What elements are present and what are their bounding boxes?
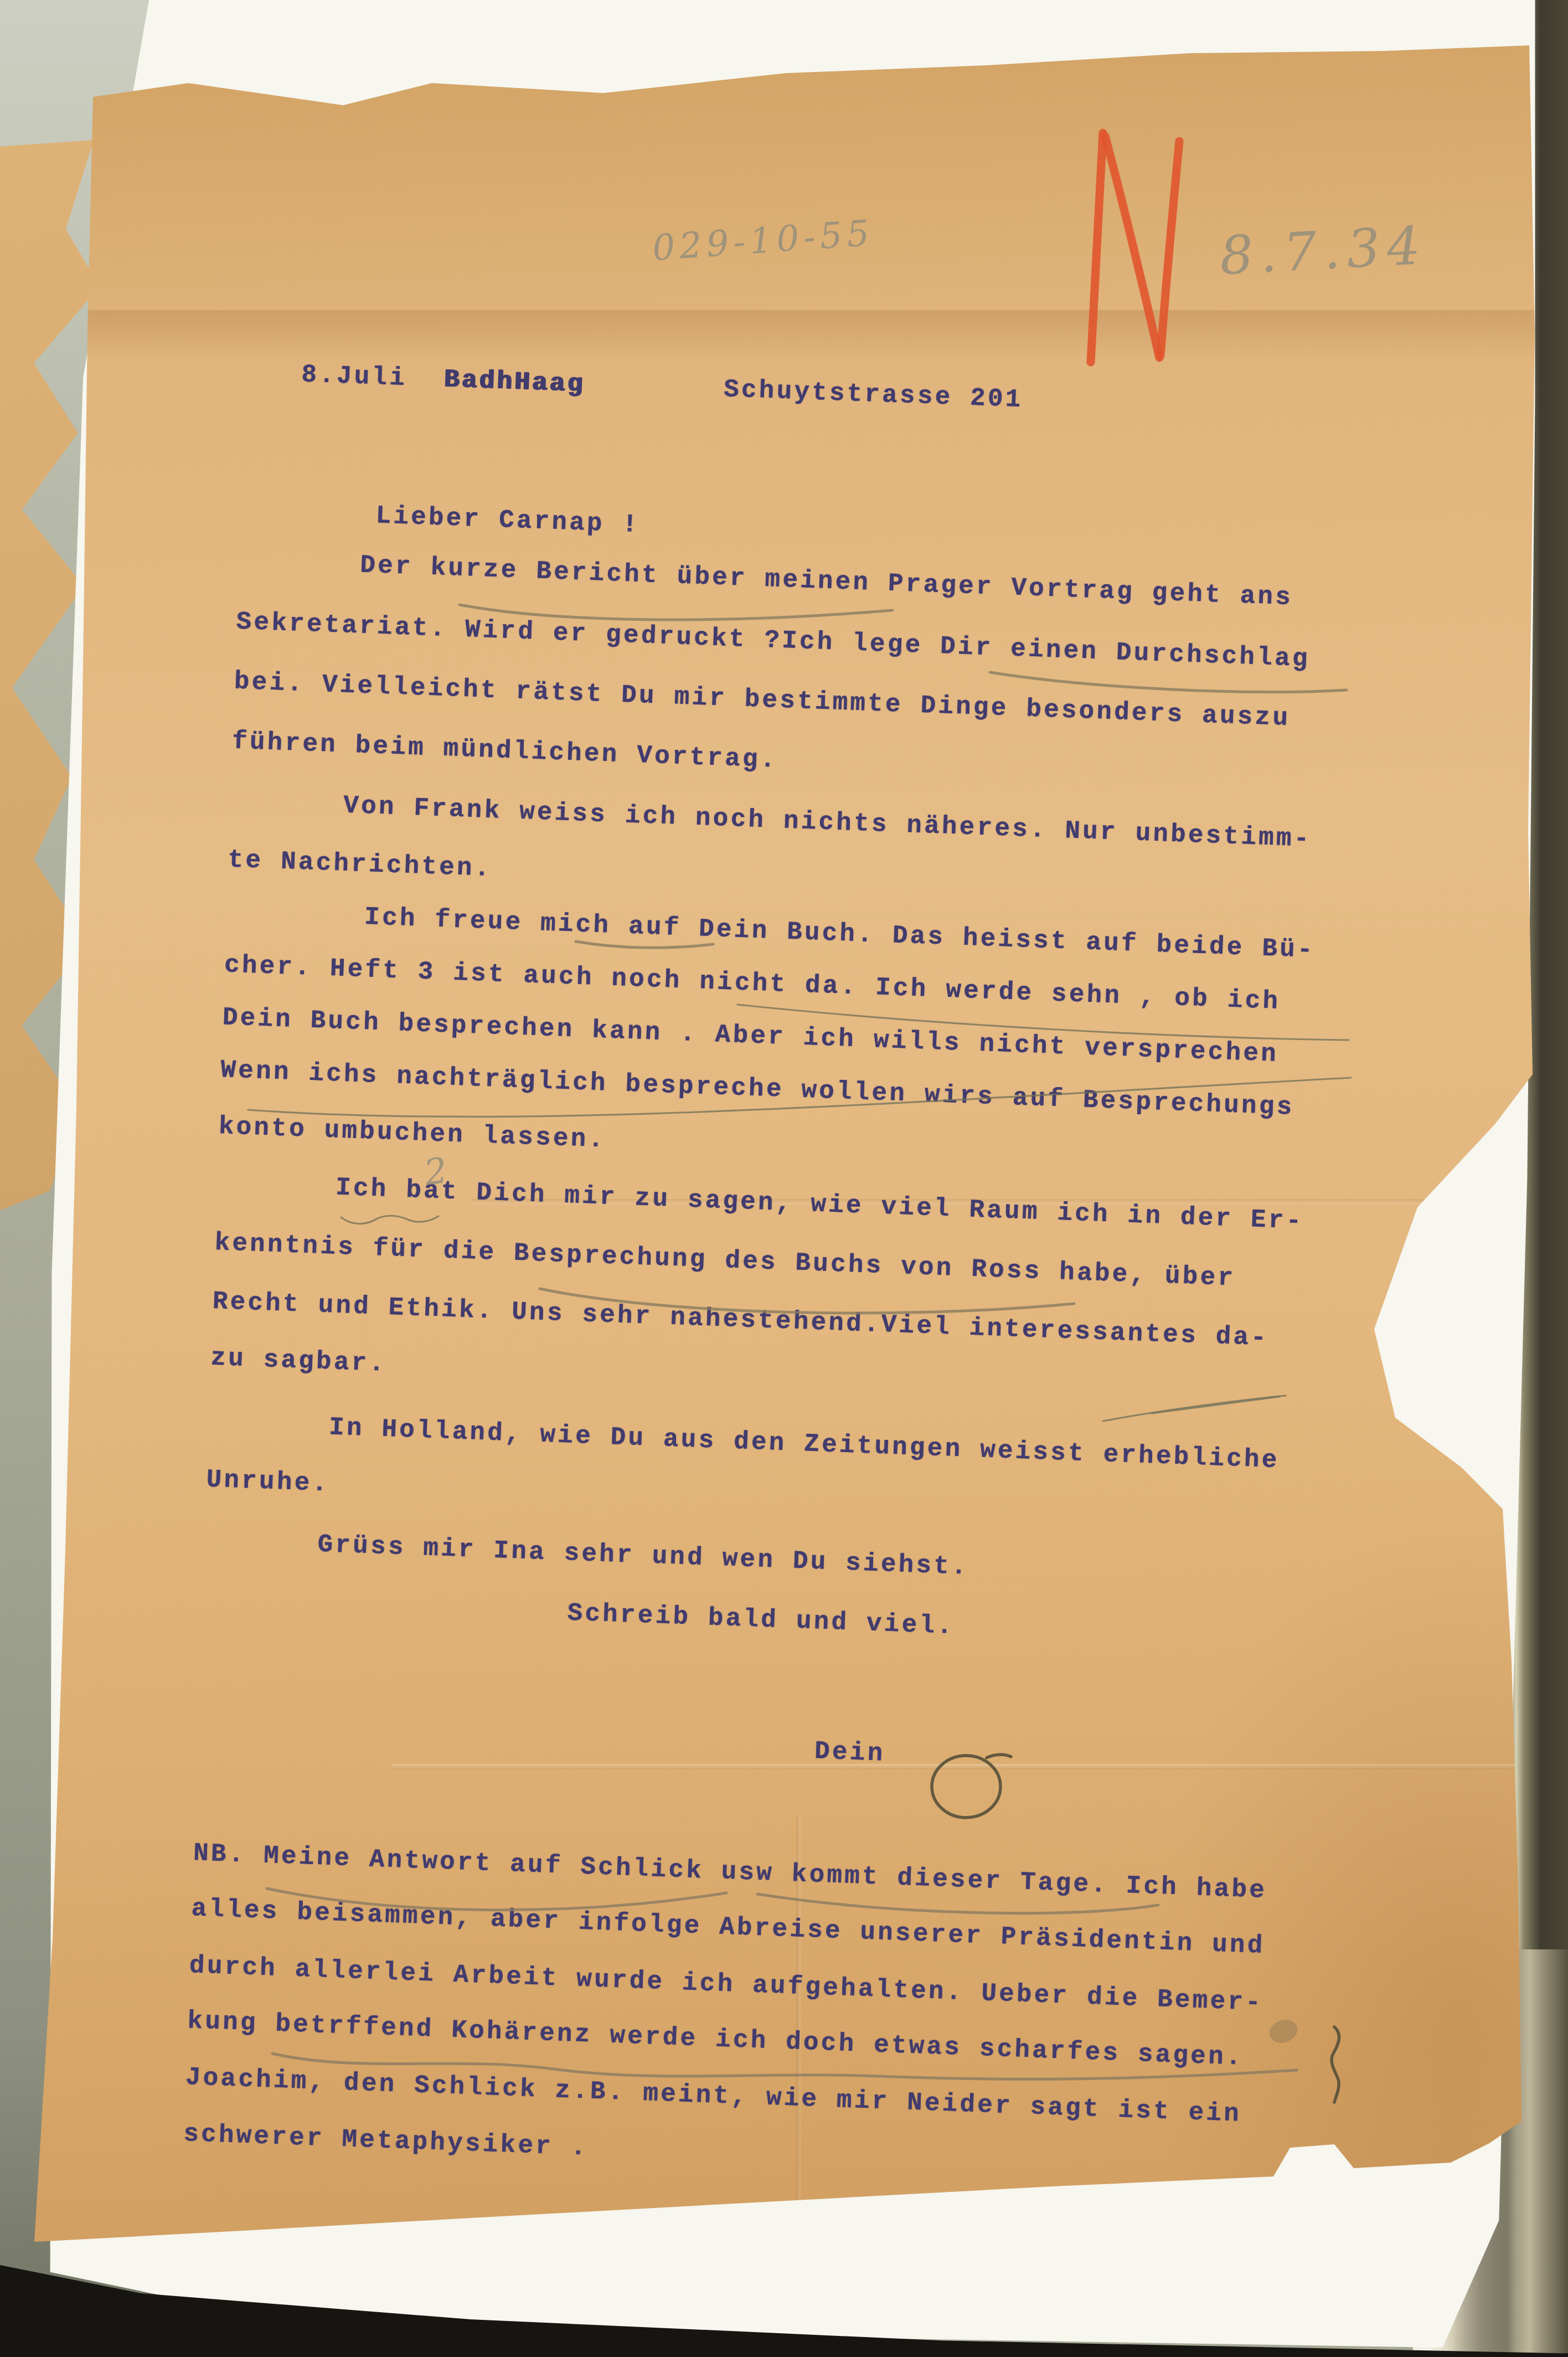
typewritten-text: 8.JuliBadhHaagSchuytstrasse 201 Lieber C… <box>180 332 1497 2269</box>
nb-line: schwerer Metaphysiker . <box>183 2121 589 2161</box>
body-line: Schreib bald und viel. <box>567 1601 955 1639</box>
body-line: Sekretariat. Wird er gedruckt ?Ich lege … <box>236 609 1311 672</box>
nb-line: kung betrffend Kohärenz werde ich doch e… <box>187 2008 1244 2071</box>
body-line: te Nachrichten. <box>228 847 492 882</box>
body-line: cher. Heft 3 ist auch noch nicht da. Ich… <box>224 952 1281 1015</box>
nb-line: alles beisammen, aber infolge Abreise un… <box>191 1896 1266 1959</box>
body-line: Wenn ichs nachträglich bespreche wollen … <box>220 1057 1295 1120</box>
body-line: Der kurze Bericht über meinen Prager Vor… <box>360 552 1293 610</box>
letter-heading: 8.JuliBadhHaagSchuytstrasse 201 <box>245 360 1024 413</box>
body-line: bei. Vielleicht rätst Du mir bestimmte D… <box>234 669 1291 732</box>
photo-of-letter: 8.JuliBadhHaagSchuytstrasse 201 Lieber C… <box>0 0 1568 2357</box>
body-line: Unruhe. <box>206 1467 330 1497</box>
body-line: Von Frank weiss ich noch nichts näheres.… <box>343 793 1312 852</box>
body-line: Grüss mir Ina sehr und wen Du siehst. <box>317 1532 969 1580</box>
salutation: Lieber Carnap ! <box>375 503 640 538</box>
closing-word: Dein <box>814 1738 885 1766</box>
nb-line: NB. Meine Antwort auf Schlick usw kommt … <box>193 1840 1267 1903</box>
heading-place: BadhHaag <box>443 366 585 399</box>
heading-date: 8.Juli <box>301 361 408 393</box>
body-line: Ich bat Dich mir zu sagen, wie viel Raum… <box>335 1175 1304 1234</box>
body-line: kenntnis für die Besprechung des Buchs v… <box>214 1230 1236 1291</box>
body-line: Ich freue mich auf Dein Buch. Das heisst… <box>364 904 1315 963</box>
body-line: führen beim mündlichen Vortrag. <box>231 729 778 773</box>
body-line: konto umbuchen lassen. <box>218 1114 606 1152</box>
body-line: Dein Buch besprechen kann . Aber ich wil… <box>222 1005 1279 1067</box>
heading-address: Schuytstrasse 201 <box>723 375 1023 414</box>
body-line: In Holland, wie Du aus den Zeitungen wei… <box>328 1414 1280 1473</box>
body-line: zu sagbar. <box>210 1345 387 1377</box>
nb-line: Joachim, den Schlick z.B. meint, wie mir… <box>185 2065 1242 2127</box>
body-line: Recht und Ethik. Uns sehr nahestehend.Vi… <box>212 1289 1269 1351</box>
nb-line: durch allerlei Arbeit wurde ich aufgehal… <box>189 1953 1263 2016</box>
